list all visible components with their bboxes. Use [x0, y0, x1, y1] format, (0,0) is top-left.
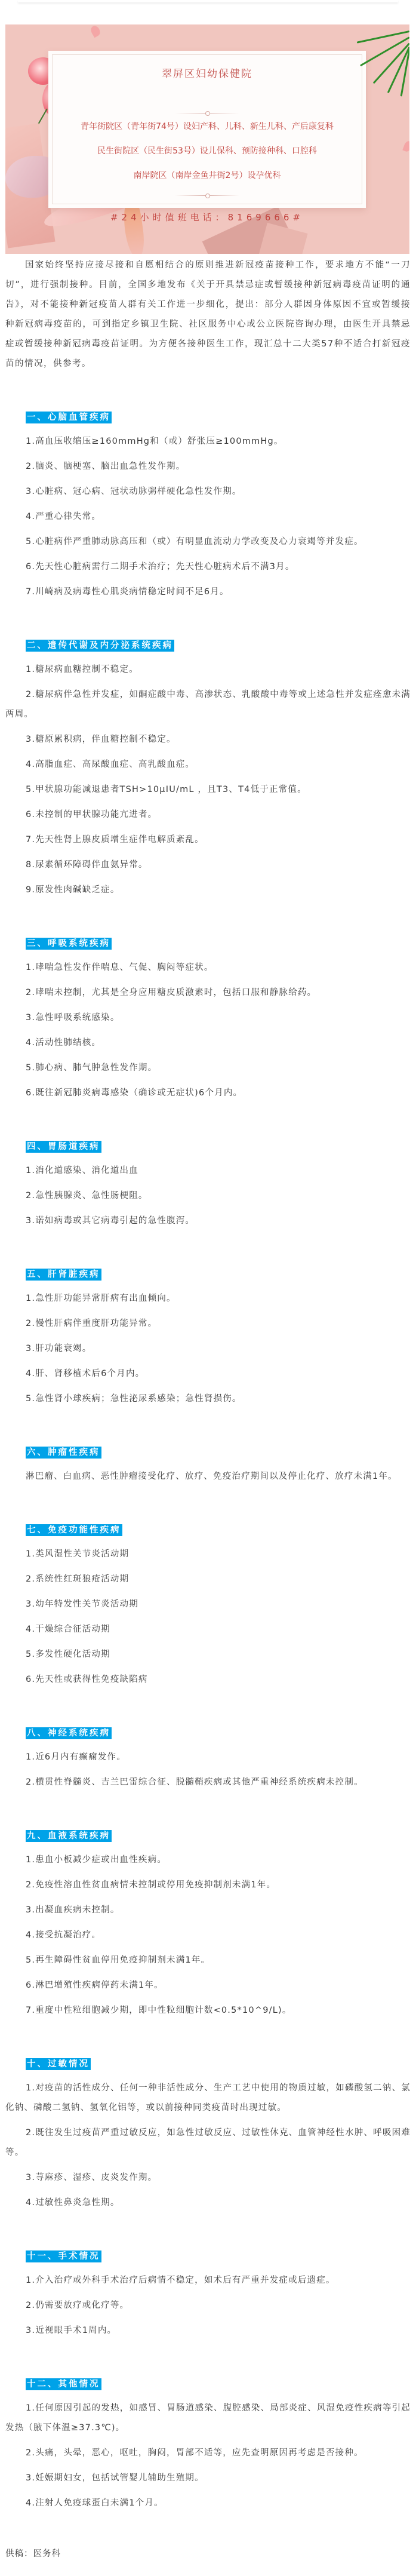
- disease-section: 八、神经系统疾病1.近6月内有癫痫发作。2.横贯性脊髓炎、吉兰巴雷综合征、脱髓鞘…: [5, 1724, 411, 1792]
- section-title: 八、神经系统疾病: [26, 1727, 112, 1739]
- list-item: 2.仍需要放疗或化疗等。: [5, 2296, 411, 2316]
- campus-line: 民生街院区（民生街53号）设儿保科、预防接种科、口腔科: [48, 145, 366, 156]
- section-heading: 十、过敏情况: [5, 2055, 411, 2073]
- list-item: 4.注射人免疫球蛋白未满1个月。: [5, 2494, 411, 2513]
- section-title: 六、肿瘤性疾病: [26, 1447, 101, 1459]
- contributor-credit: 供稿：医务科: [5, 2544, 411, 2564]
- list-item: 5.甲状腺功能减退患者TSH>10μIU/mL ，且T3、T4低于正常值。: [5, 780, 411, 800]
- petal-decoration: [89, 24, 101, 38]
- list-item: 2.既往发生过疫苗严重过敏反应，如急性过敏反应、过敏性休克、血管神经性水肿、呼吸…: [5, 2123, 411, 2163]
- section-paragraph: 淋巴瘤、白血病、恶性肿瘤接受化疗、放疗、免疫治疗期间以及停止化疗、放疗未满1年。: [5, 1467, 411, 1487]
- list-item: 1.高血压收缩压≥160mmHg和（或）舒张压≥100mmHg。: [5, 432, 411, 452]
- list-item: 6.淋巴增殖性疾病停药未满1年。: [5, 1976, 411, 1995]
- section-heading: 七、免疫功能性疾病: [5, 1521, 411, 1539]
- section-title: 十一、手术情况: [26, 2250, 101, 2262]
- section-title: 二、遗传代谢及内分泌系统疾病: [26, 640, 174, 652]
- intro-paragraph: 国家始终坚持应接尽接和自愿相结合的原则推进新冠疫苗接种工作，要求地方不能“一刀切…: [5, 256, 411, 374]
- top-divider: [18, 0, 398, 2]
- list-item: 1.任何原因引起的发热，如感冒、胃肠道感染、腹腔感染、局部炎症、风湿免疫性疾病等…: [5, 2399, 411, 2438]
- disease-section: 十一、手术情况1.介入治疗或外科手术治疗后病情不稳定，如术后有严重并发症或后遗症…: [5, 2248, 411, 2341]
- section-heading: 八、神经系统疾病: [5, 1724, 411, 1742]
- section-heading: 三、呼吸系统疾病: [5, 935, 411, 953]
- list-item: 6.先天性心脏病需行二期手术治疗；先天性心脏病术后不满3月。: [5, 557, 411, 577]
- list-item: 3.出凝血疾病未控制。: [5, 1900, 411, 1920]
- list-item: 1.类风湿性关节炎活动期: [5, 1545, 411, 1564]
- list-item: 2.慢性肝病伴重度肝功能异常。: [5, 1314, 411, 1334]
- section-heading: 四、胃肠道疾病: [5, 1138, 411, 1156]
- list-item: 5.肺心病、肺气肿急性发作期。: [5, 1058, 411, 1078]
- list-item: 2.头痛，头晕，恶心，呕吐，胸闷，胃部不适等，应先查明原因再考虑是否接种。: [5, 2443, 411, 2463]
- list-item: 2.糖尿病伴急性并发症，如酮症酸中毒、高渗状态、乳酸酸中毒等或上述急性并发症痊愈…: [5, 685, 411, 724]
- list-item: 3.妊娠期妇女，包括试管婴儿辅助生殖期。: [5, 2468, 411, 2488]
- list-item: 5.心脏病伴严重肺动脉高压和（或）有明显血流动力学改变及心力衰竭等并发症。: [5, 532, 411, 552]
- list-item: 3.幼年特发性关节炎活动期: [5, 1595, 411, 1614]
- list-item: 6.先天性或获得性免疫缺陷病: [5, 1670, 411, 1690]
- disease-section: 七、免疫功能性疾病1.类风湿性关节炎活动期2.系统性红斑狼疮活动期3.幼年特发性…: [5, 1521, 411, 1690]
- list-item: 4.肝、肾移植术后6个月内。: [5, 1364, 411, 1384]
- section-title: 四、胃肠道疾病: [26, 1141, 101, 1153]
- list-item: 5.多发性硬化活动期: [5, 1645, 411, 1665]
- disease-section: 十、过敏情况1.对疫苗的活性成分、任何一种非活性成分、生产工艺中使用的物质过敏，…: [5, 2055, 411, 2213]
- list-item: 3.荨麻疹、湿疹、皮炎发作期。: [5, 2168, 411, 2188]
- list-item: 1.哮喘急性发作伴喘息、气促、胸闷等症状。: [5, 958, 411, 978]
- section-title: 十二、其他情况: [26, 2378, 101, 2390]
- list-item: 7.先天性肾上腺皮质增生症伴电解质紊乱。: [5, 830, 411, 850]
- disease-section: 一、心脑血管疾病1.高血压收缩压≥160mmHg和（或）舒张压≥100mmHg。…: [5, 409, 411, 602]
- list-item: 5.急性肾小球疾病；急性泌尿系感染；急性肾损伤。: [5, 1389, 411, 1409]
- list-item: 2.免疫性溶血性贫血病情未控制或停用免疫抑制剂未满1年。: [5, 1875, 411, 1895]
- section-heading: 十二、其他情况: [5, 2375, 411, 2393]
- list-item: 5.再生障碍性贫血停用免疫抑制剂未满1年。: [5, 1951, 411, 1970]
- section-title: 十、过敏情况: [26, 2058, 91, 2070]
- list-item: 9.原发性肉碱缺乏症。: [5, 880, 411, 900]
- list-item: 2.脑炎、脑梗塞、脑出血急性发作期。: [5, 457, 411, 477]
- campus-line: 青年街院区（青年街74号）设妇产科、儿科、新生儿科、产后康复科: [48, 120, 366, 132]
- section-heading: 二、遗传代谢及内分泌系统疾病: [5, 637, 411, 655]
- section-heading: 十一、手术情况: [5, 2248, 411, 2265]
- list-item: 3.肝功能衰竭。: [5, 1339, 411, 1359]
- list-item: 4.活动性肺结核。: [5, 1033, 411, 1053]
- list-item: 1.介入治疗或外科手术治疗后病情不稳定，如术后有严重并发症或后遗症。: [5, 2271, 411, 2291]
- list-item: 6.既往新冠肺炎病毒感染（确诊或无症状)6个月内。: [5, 1083, 411, 1103]
- section-title: 五、肝肾脏疾病: [26, 1269, 101, 1281]
- petal-decoration: [402, 140, 409, 152]
- list-item: 4.过敏性鼻炎急性期。: [5, 2193, 411, 2213]
- list-item: 2.横贯性脊髓炎、吉兰巴雷综合征、脱髓鞘疾病或其他严重神经系统疾病未控制。: [5, 1773, 411, 1792]
- disease-section: 十二、其他情况1.任何原因引起的发热，如感冒、胃肠道感染、腹腔感染、局部炎症、风…: [5, 2375, 411, 2513]
- article-body: 国家始终坚持应接尽接和自愿相结合的原则推进新冠疫苗接种工作，要求地方不能“一刀切…: [0, 256, 416, 2564]
- list-item: 1.患血小板减少症或出血性疾病。: [5, 1850, 411, 1870]
- list-item: 8.尿素循环障碍伴血氨异常。: [5, 855, 411, 875]
- list-item: 7.川崎病及病毒性心肌炎病情稳定时间不足6月。: [5, 582, 411, 602]
- list-item: 4.接受抗凝治疗。: [5, 1926, 411, 1945]
- disease-section: 五、肝肾脏疾病1.急性肝功能异常肝病有出血倾向。2.慢性肝病伴重度肝功能异常。3…: [5, 1266, 411, 1409]
- list-item: 1.消化道感染、消化道出血: [5, 1161, 411, 1181]
- hospital-name: 翠屏区妇幼保健院: [48, 65, 366, 80]
- ornament-divider: [175, 113, 239, 113]
- section-title: 一、心脑血管疾病: [26, 412, 112, 423]
- list-item: 2.系统性红斑狼疮活动期: [5, 1570, 411, 1589]
- article-page: 翠屏区妇幼保健院 青年街院区（青年街74号）设妇产科、儿科、新生儿科、产后康复科…: [0, 0, 416, 2564]
- section-heading: 五、肝肾脏疾病: [5, 1266, 411, 1284]
- list-item: 3.诺如病毒或其它病毒引起的急性腹泻。: [5, 1211, 411, 1231]
- list-item: 7.重度中性粒细胞减少期，即中性粒细胞计数<0.5*10^9/L)。: [5, 2001, 411, 2021]
- section-heading: 九、血液系统疾病: [5, 1827, 411, 1845]
- list-item: 1.近6月内有癫痫发作。: [5, 1748, 411, 1767]
- list-item: 2.急性胰腺炎、急性肠梗阻。: [5, 1186, 411, 1206]
- list-item: 3.近视眼手术1周内。: [5, 2321, 411, 2341]
- section-title: 七、免疫功能性疾病: [26, 1524, 122, 1536]
- disease-section: 二、遗传代谢及内分泌系统疾病1.糖尿病血糖控制不稳定。2.糖尿病伴急性并发症，如…: [5, 637, 411, 900]
- envelope-decoration: [258, 223, 307, 254]
- sections-container: 一、心脑血管疾病1.高血压收缩压≥160mmHg和（或）舒张压≥100mmHg。…: [5, 409, 411, 2513]
- section-title: 三、呼吸系统疾病: [26, 938, 112, 950]
- list-item: 4.干燥综合征活动期: [5, 1620, 411, 1639]
- ornament-divider: [175, 195, 239, 196]
- list-item: 1.急性肝功能异常肝病有出血倾向。: [5, 1289, 411, 1309]
- section-heading: 六、肿瘤性疾病: [5, 1444, 411, 1462]
- disease-section: 三、呼吸系统疾病1.哮喘急性发作伴喘息、气促、胸闷等症状。2.哮喘未控制，尤其是…: [5, 935, 411, 1103]
- hospital-banner: 翠屏区妇幼保健院 青年街院区（青年街74号）设妇产科、儿科、新生儿科、产后康复科…: [5, 24, 409, 254]
- info-card: 翠屏区妇幼保健院 青年街院区（青年街74号）设妇产科、儿科、新生儿科、产后康复科…: [48, 51, 366, 208]
- list-item: 3.急性呼吸系统感染。: [5, 1008, 411, 1028]
- list-item: 4.严重心律失常。: [5, 507, 411, 527]
- section-heading: 一、心脑血管疾病: [5, 409, 411, 426]
- list-item: 2.哮喘未控制，尤其是全身应用糖皮质激素时，包括口服和静脉给药。: [5, 983, 411, 1003]
- disease-section: 九、血液系统疾病1.患血小板减少症或出血性疾病。2.免疫性溶血性贫血病情未控制或…: [5, 1827, 411, 2021]
- hotline-number: #24小时值班电话：8169666#: [48, 211, 366, 223]
- list-item: 1.糖尿病血糖控制不稳定。: [5, 660, 411, 680]
- list-item: 1.对疫苗的活性成分、任何一种非活性成分、生产工艺中使用的物质过敏，如磷酸氢二钠…: [5, 2078, 411, 2118]
- list-item: 4.高脂血症、高尿酸血症、高乳酸血症。: [5, 755, 411, 775]
- disease-section: 六、肿瘤性疾病淋巴瘤、白血病、恶性肿瘤接受化疗、放疗、免疫治疗期间以及停止化疗、…: [5, 1444, 411, 1487]
- disease-section: 四、胃肠道疾病1.消化道感染、消化道出血2.急性胰腺炎、急性肠梗阻。3.诺如病毒…: [5, 1138, 411, 1231]
- list-item: 3.糖原累积病，伴血糖控制不稳定。: [5, 730, 411, 750]
- campus-line: 南岸院区（南岸金鱼井街2号）设孕优科: [48, 169, 366, 181]
- list-item: 6.未控制的甲状腺功能亢进者。: [5, 805, 411, 825]
- list-item: 3.心脏病、冠心病、冠状动脉粥样硬化急性发作期。: [5, 482, 411, 502]
- section-title: 九、血液系统疾病: [26, 1830, 112, 1842]
